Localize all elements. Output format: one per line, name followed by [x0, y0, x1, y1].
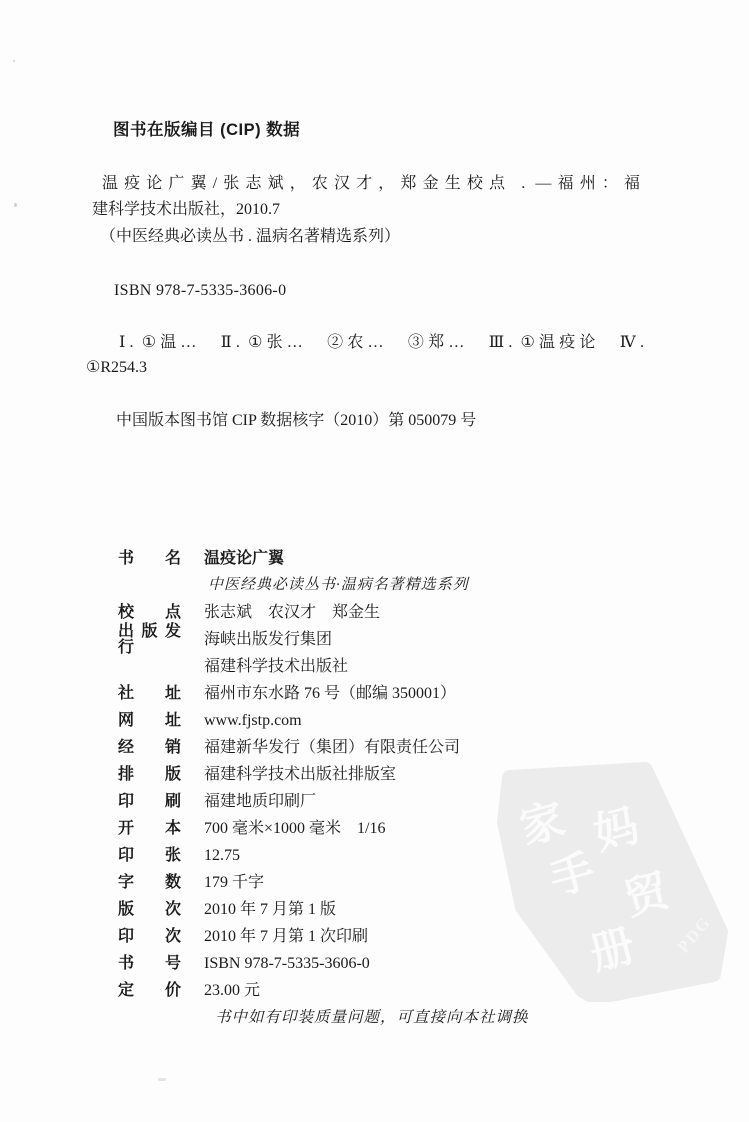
colophon-value: 12.75: [204, 848, 240, 864]
colophon-row: 社 址福州市东水路 76 号（邮编 350001）: [118, 680, 658, 707]
cip-entry-line-2: 建科学技术出版社，2010.7: [92, 202, 280, 218]
colophon-label: 印 刷: [118, 794, 181, 810]
colophon-label: 版 次: [118, 902, 181, 918]
colophon-value: 海峡出版发行集团: [204, 632, 332, 648]
colophon-value: 福建新华发行（集团）有限责任公司: [204, 740, 460, 756]
colophon-value: 2010 年 7 月第 1 次印刷: [204, 929, 368, 945]
colophon-value: 福建科学技术出版社排版室: [204, 767, 396, 783]
colophon-label: 社 址: [118, 686, 181, 702]
colophon-label: 校 点: [118, 605, 181, 621]
colophon-label: 排 版: [118, 767, 181, 783]
colophon-row: 校 点张志斌 农汉才 郑金生: [118, 599, 658, 626]
colophon-value: 23.00 元: [204, 983, 260, 999]
colophon-value: 福州市东水路 76 号（邮编 350001）: [204, 686, 456, 702]
colophon-label: 印 次: [118, 929, 181, 945]
colophon-value: 张志斌 农汉才 郑金生: [204, 605, 380, 621]
colophon-value: 温疫论广翼: [204, 551, 284, 567]
scan-speck: [14, 203, 17, 207]
colophon-row: 出版发行海峡出版发行集团: [118, 626, 658, 653]
cip-isbn: ISBN 978-7-5335-3606-0: [114, 283, 286, 299]
colophon-value: www.fjstp.com: [204, 713, 302, 729]
colophon-label: 书 名: [118, 551, 181, 567]
library-stamp-watermark: 家 妈 手 贸 册 PDG: [495, 762, 745, 1002]
colophon-value: 中医经典必读丛书·温病名著精选系列: [208, 578, 469, 593]
cip-entry-line-1: 温疫论广翼/张志斌，农汉才，郑金生校点 . —福州：福: [102, 176, 640, 192]
scan-speck: [13, 60, 15, 62]
colophon-value: 福建地质印刷厂: [204, 794, 316, 810]
colophon-label: 书 号: [118, 956, 181, 972]
cip-record-number: 中国版本图书馆 CIP 数据核字（2010）第 050079 号: [116, 413, 476, 429]
colophon-row: 网 址www.fjstp.com: [118, 707, 658, 734]
colophon-value: ISBN 978-7-5335-3606-0: [204, 956, 370, 972]
colophon-value: 2010 年 7 月第 1 版: [204, 902, 336, 918]
colophon-row: 书 名温疫论广翼: [118, 545, 658, 572]
colophon-label: 印 张: [118, 848, 181, 864]
colophon-label: 经 销: [118, 740, 181, 756]
colophon-value: 179 千字: [204, 875, 264, 891]
colophon-label: 开 本: [118, 821, 181, 837]
cip-heading: 图书在版编目 (CIP) 数据: [113, 122, 300, 139]
colophon-row: 福建科学技术出版社: [118, 653, 658, 680]
colophon-value: 书中如有印装质量问题，可直接向本社调换: [215, 1010, 529, 1026]
colophon-label: 网 址: [118, 713, 181, 729]
colophon-row: 经 销福建新华发行（集团）有限责任公司: [118, 734, 658, 761]
colophon-label: 定 价: [118, 983, 181, 999]
cip-classification-line-2: ①R254.3: [86, 360, 147, 376]
colophon-label: 字 数: [118, 875, 181, 891]
colophon-label: 出版发行: [118, 624, 181, 656]
cip-series-note: （中医经典必读丛书 . 温病名著精选系列）: [100, 229, 400, 245]
colophon-row: 中医经典必读丛书·温病名著精选系列: [118, 572, 658, 599]
colophon-value: 700 毫米×1000 毫米 1/16: [204, 821, 385, 837]
scan-speck: [158, 1078, 166, 1081]
colophon-row: 书中如有印装质量问题，可直接向本社调换: [118, 1004, 658, 1031]
colophon-value: 福建科学技术出版社: [204, 659, 348, 675]
cip-classification-line-1: Ⅰ. ①温… Ⅱ. ①张… ②农… ③郑… Ⅲ. ①温疫论 Ⅳ.: [119, 335, 644, 351]
